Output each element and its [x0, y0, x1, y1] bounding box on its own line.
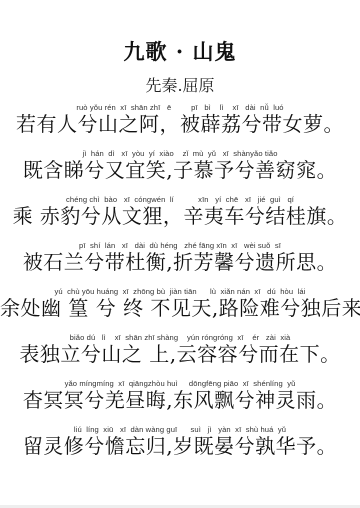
poem-page: 九歌 · 山鬼 先秦.屈原 ruò yǒu rén xī shān zhī ē …	[0, 0, 360, 505]
verse-text: 留灵修兮憺忘归,岁既晏兮孰华予。	[0, 434, 360, 458]
poem-title: 九歌 · 山鬼	[0, 38, 360, 66]
verse-text: 表独立兮山之 上,云容容兮而在下。	[0, 342, 360, 366]
verse-line-8: liú líng xiū xī dàn wàng guī suì jì yàn …	[0, 422, 360, 466]
verse-text: 余处幽 篁 兮 终 不见天,路险难兮独后来。	[0, 296, 360, 320]
verse-line-3: chéng chì bào xī cóngwén lí xīn yí chē x…	[0, 192, 360, 236]
verse-text: 若有人兮山之阿，被薜荔兮带女萝。	[0, 112, 360, 136]
verse-text: 乘 赤豹兮从文狸，辛夷车兮结桂旗。	[0, 204, 360, 228]
verse-line-5: yú chù yōu huáng xī zhōng bù jiàn tiān l…	[0, 284, 360, 328]
verse-line-7: yǎo míngmíng xī qiāngzhòu huì dōngfēng p…	[0, 376, 360, 420]
verse-line-6: biǎo dú lì xī shān zhī shàng yún róngrón…	[0, 330, 360, 374]
verse-line-1: ruò yǒu rén xī shān zhī ē pī bì lì xī dà…	[0, 100, 360, 144]
verse-text: 杳冥冥兮羌昼晦,东风飘兮神灵雨。	[0, 388, 360, 412]
verse-line-2: jì hán dì xī yòu yí xiào zǐ mù yǔ xī shà…	[0, 146, 360, 190]
poem-author: 先秦.屈原	[0, 75, 360, 97]
verse-text: 既含睇兮又宜笑,子慕予兮善窈窕。	[0, 158, 360, 182]
verse-text: 被石兰兮带杜衡,折芳馨兮遗所思。	[0, 250, 360, 274]
verse-line-4: pī shí lán xī dài dù héng zhé fāng xīn x…	[0, 238, 360, 282]
